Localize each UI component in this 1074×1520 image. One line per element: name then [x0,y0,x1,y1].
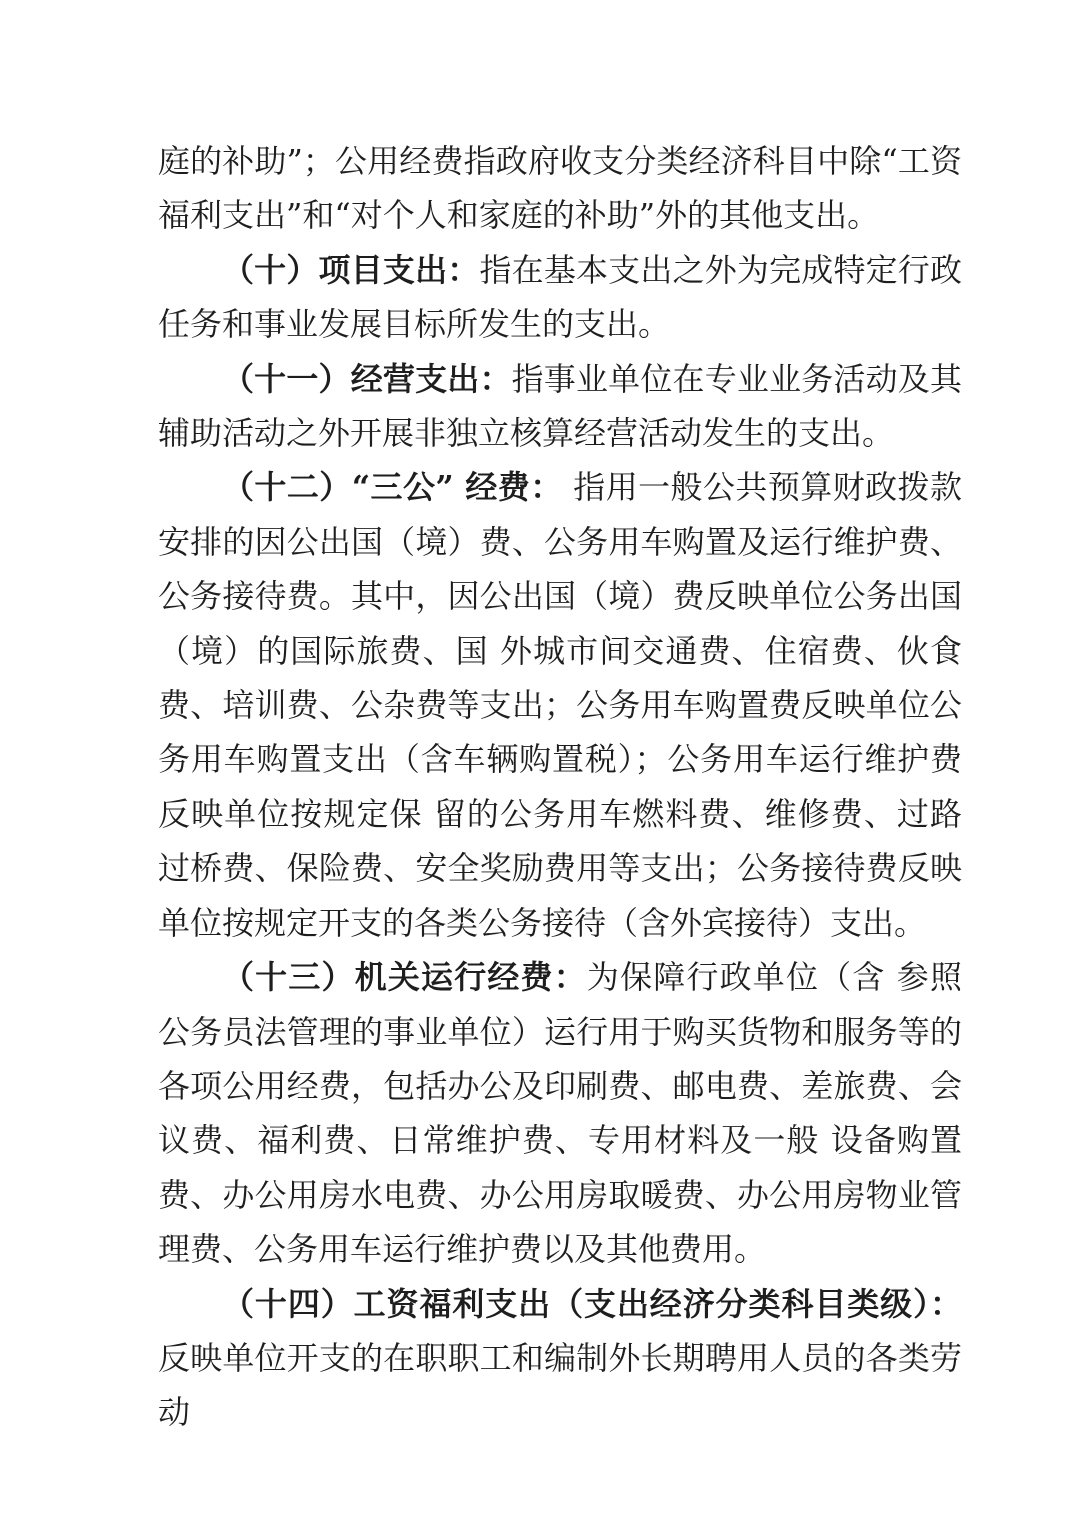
paragraph-heading: （十四）工资福利支出（支出经济分类科目类级）： [222,1285,962,1323]
paragraph-continuation: 庭的补助”；公用经费指政府收支分类经济科目中除“工资福利支出”和“对个人和家庭的… [158,134,962,243]
paragraph-item-13-agency-operating-funds: （十三）机关运行经费：为保障行政单位（含 参照公务员法管理的事业单位）运行用于购… [158,950,962,1276]
paragraph-text: 反映单位开支的在职职工和编制外长期聘用人员的各类劳动 [158,1339,962,1431]
paragraph-item-12-three-public-funds: （十二）“三公” 经费： 指用一般公共预算财政拨款安排的因公出国（境）费、公务用… [158,460,962,950]
paragraph-heading: （十二）“三公” 经费： [222,468,563,506]
paragraph-text: 庭的补助”；公用经费指政府收支分类经济科目中除“工资福利支出”和“对个人和家庭的… [158,142,962,234]
paragraph-heading: （十一）经营支出： [222,360,512,398]
paragraph-text: 为保障行政单位（含 参照公务员法管理的事业单位）运行用于购买货物和服务等的各项公… [158,958,962,1268]
paragraph-item-10-project-expenditure: （十）项目支出：指在基本支出之外为完成特定行政任务和事业发展目标所发生的支出。 [158,243,962,352]
paragraph-item-14-salary-welfare-expenditure: （十四）工资福利支出（支出经济分类科目类级）：反映单位开支的在职职工和编制外长期… [158,1277,962,1440]
document-page: 庭的补助”；公用经费指政府收支分类经济科目中除“工资福利支出”和“对个人和家庭的… [0,0,1074,1520]
paragraph-heading: （十）项目支出： [222,251,479,289]
paragraph-heading: （十三）机关运行经费： [222,958,587,996]
paragraph-text: 指用一般公共预算财政拨款安排的因公出国（境）费、公务用车购置及运行维护费、公务接… [158,468,962,941]
paragraph-item-11-operating-expenditure: （十一）经营支出：指事业单位在专业业务活动及其辅助活动之外开展非独立核算经营活动… [158,352,962,461]
